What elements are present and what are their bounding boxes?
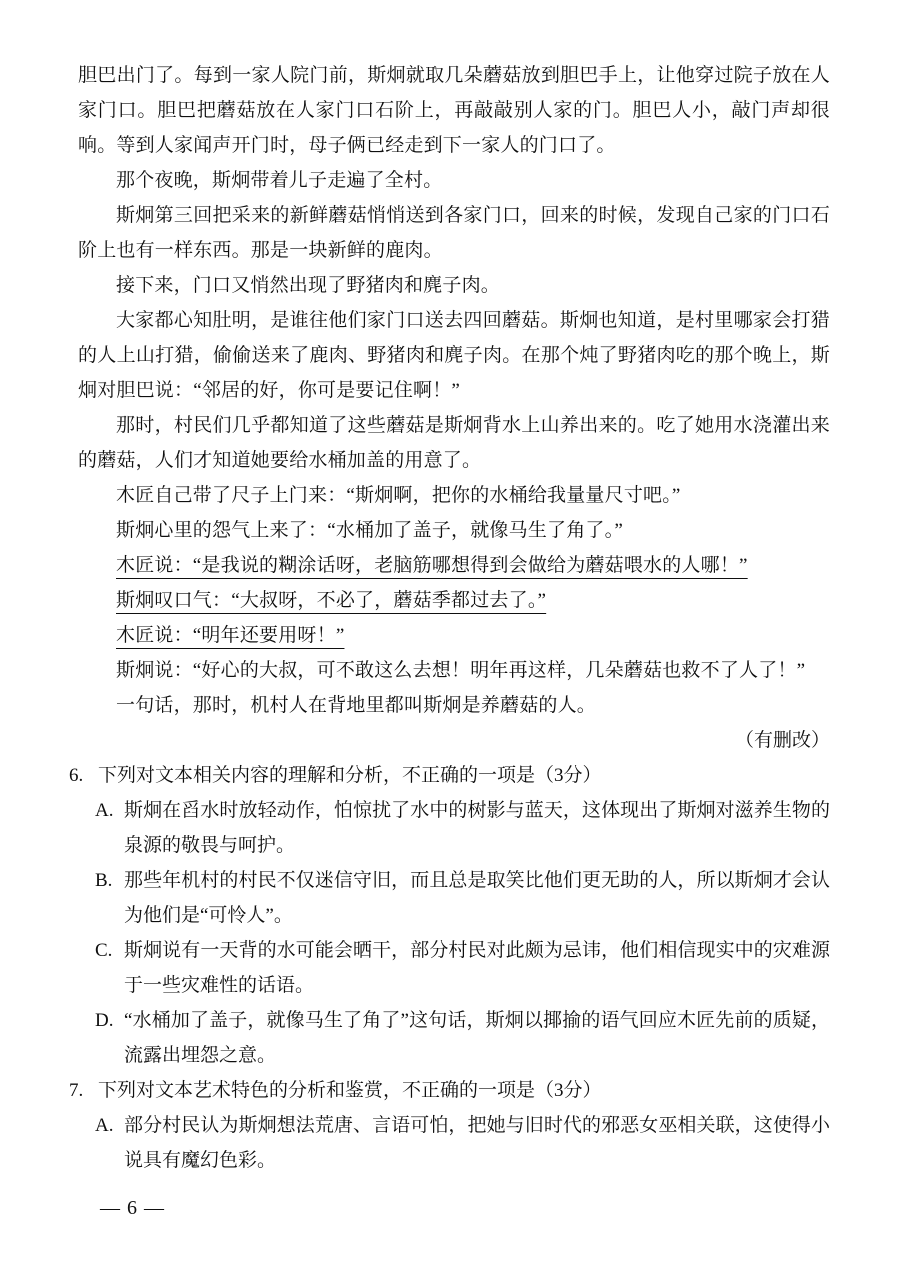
- answer-option: B. 那些年机村的村民不仅迷信守旧，而且总是取笑比他们更无助的人，所以斯炯才会认…: [95, 863, 830, 933]
- exam-page: 胆巴出门了。每到一家人院门前，斯炯就取几朵蘑菇放到胆巴手上，让他穿过院子放在人家…: [0, 0, 900, 1272]
- question-number: 7.: [69, 1073, 98, 1108]
- passage-paragraph: 斯炯第三回把采来的新鲜蘑菇悄悄送到各家门口，回来的时候，发现自己家的门口石阶上也…: [78, 198, 830, 268]
- option-text: 斯炯在舀水时放轻动作，怕惊扰了水中的树影与蓝天，这体现出了斯炯对滋养生物的泉源的…: [124, 793, 830, 863]
- option-label: D.: [95, 1003, 124, 1073]
- question-stem: 下列对文本相关内容的理解和分析，不正确的一项是（3分）: [98, 758, 830, 793]
- question-number: 6.: [69, 758, 98, 793]
- passage-paragraph: 一句话，那时，机村人在背地里都叫斯炯是养蘑菇的人。: [78, 688, 830, 723]
- paragraph-text: 斯炯第三回把采来的新鲜蘑菇悄悄送到各家门口，回来的时候，发现自己家的门口石阶上也…: [78, 205, 830, 261]
- source-attribution: （有删改）: [78, 723, 830, 758]
- passage-paragraph: 接下来，门口又悄然出现了野猪肉和麂子肉。: [78, 268, 830, 303]
- option-text: 斯炯说有一天背的水可能会晒干，部分村民对此颇为忌讳，他们相信现实中的灾难源于一些…: [124, 933, 830, 1003]
- paragraph-text: 胆巴出门了。每到一家人院门前，斯炯就取几朵蘑菇放到胆巴手上，让他穿过院子放在人家…: [78, 65, 830, 156]
- answer-option: A. 部分村民认为斯炯想法荒唐、言语可怕，把她与旧时代的邪恶女巫相关联，这使得小…: [95, 1108, 830, 1178]
- paragraph-text: 大家都心知肚明，是谁往他们家门口送去四回蘑菇。斯炯也知道，是村里哪家会打猎的人上…: [78, 310, 830, 401]
- paragraph-text: 木匠说：“明年还要用呀！”: [116, 625, 344, 646]
- option-text: 那些年机村的村民不仅迷信守旧，而且总是取笑比他们更无助的人，所以斯炯才会认为他们…: [124, 863, 830, 933]
- passage-paragraph: 斯炯叹口气：“大叔呀，不必了，蘑菇季都过去了。”: [78, 583, 830, 618]
- passage-paragraph: 斯炯说：“好心的大叔，可不敢这么去想！明年再这样，几朵蘑菇也救不了人了！”: [78, 653, 830, 688]
- paragraph-text: 斯炯心里的怨气上来了：“水桶加了盖子，就像马生了角了。”: [116, 520, 623, 541]
- option-label: A.: [95, 1108, 124, 1178]
- questions-section: 6. 下列对文本相关内容的理解和分析，不正确的一项是（3分） A. 斯炯在舀水时…: [78, 758, 830, 1178]
- passage-paragraph: 斯炯心里的怨气上来了：“水桶加了盖子，就像马生了角了。”: [78, 513, 830, 548]
- option-label: A.: [95, 793, 124, 863]
- question-stem-row: 6. 下列对文本相关内容的理解和分析，不正确的一项是（3分）: [78, 758, 830, 793]
- options-list: A. 部分村民认为斯炯想法荒唐、言语可怕，把她与旧时代的邪恶女巫相关联，这使得小…: [78, 1108, 830, 1178]
- answer-option: A. 斯炯在舀水时放轻动作，怕惊扰了水中的树影与蓝天，这体现出了斯炯对滋养生物的…: [95, 793, 830, 863]
- option-text: “水桶加了盖子，就像马生了角了”这句话，斯炯以揶揄的语气回应木匠先前的质疑，流露…: [124, 1003, 830, 1073]
- paragraph-text: 斯炯说：“好心的大叔，可不敢这么去想！明年再这样，几朵蘑菇也救不了人了！”: [116, 660, 805, 681]
- question: 7. 下列对文本艺术特色的分析和鉴赏，不正确的一项是（3分） A. 部分村民认为…: [78, 1073, 830, 1178]
- passage-paragraph: 木匠说：“是我说的糊涂话呀，老脑筋哪想得到会做给为蘑菇喂水的人哪！”: [78, 548, 830, 583]
- option-label: C.: [95, 933, 124, 1003]
- answer-option: D. “水桶加了盖子，就像马生了角了”这句话，斯炯以揶揄的语气回应木匠先前的质疑…: [95, 1003, 830, 1073]
- passage-paragraph: 那时，村民们几乎都知道了这些蘑菇是斯炯背水上山养出来的。吃了她用水浇灌出来的蘑菇…: [78, 408, 830, 478]
- paragraph-text: 木匠自己带了尺子上门来：“斯炯啊，把你的水桶给我量量尺寸吧。”: [116, 485, 681, 506]
- reading-passage: 胆巴出门了。每到一家人院门前，斯炯就取几朵蘑菇放到胆巴手上，让他穿过院子放在人家…: [78, 58, 830, 723]
- question: 6. 下列对文本相关内容的理解和分析，不正确的一项是（3分） A. 斯炯在舀水时…: [78, 758, 830, 1073]
- option-text: 部分村民认为斯炯想法荒唐、言语可怕，把她与旧时代的邪恶女巫相关联，这使得小说具有…: [124, 1108, 830, 1178]
- options-list: A. 斯炯在舀水时放轻动作，怕惊扰了水中的树影与蓝天，这体现出了斯炯对滋养生物的…: [78, 793, 830, 1073]
- answer-option: C. 斯炯说有一天背的水可能会晒干，部分村民对此颇为忌讳，他们相信现实中的灾难源…: [95, 933, 830, 1003]
- page-footer: — 6 —: [100, 1197, 165, 1220]
- paragraph-text: 木匠说：“是我说的糊涂话呀，老脑筋哪想得到会做给为蘑菇喂水的人哪！”: [116, 555, 748, 576]
- paragraph-text: 斯炯叹口气：“大叔呀，不必了，蘑菇季都过去了。”: [116, 590, 546, 611]
- passage-paragraph: 那个夜晚，斯炯带着儿子走遍了全村。: [78, 163, 830, 198]
- passage-paragraph: 大家都心知肚明，是谁往他们家门口送去四回蘑菇。斯炯也知道，是村里哪家会打猎的人上…: [78, 303, 830, 408]
- passage-paragraph: 木匠自己带了尺子上门来：“斯炯啊，把你的水桶给我量量尺寸吧。”: [78, 478, 830, 513]
- paragraph-text: 那个夜晚，斯炯带着儿子走遍了全村。: [116, 170, 442, 191]
- paragraph-text: 一句话，那时，机村人在背地里都叫斯炯是养蘑菇的人。: [116, 695, 596, 716]
- paragraph-text: 那时，村民们几乎都知道了这些蘑菇是斯炯背水上山养出来的。吃了她用水浇灌出来的蘑菇…: [78, 415, 830, 471]
- paragraph-text: 接下来，门口又悄然出现了野猪肉和麂子肉。: [116, 275, 500, 296]
- option-label: B.: [95, 863, 124, 933]
- passage-paragraph: 胆巴出门了。每到一家人院门前，斯炯就取几朵蘑菇放到胆巴手上，让他穿过院子放在人家…: [78, 58, 830, 163]
- passage-paragraph: 木匠说：“明年还要用呀！”: [78, 618, 830, 653]
- question-stem: 下列对文本艺术特色的分析和鉴赏，不正确的一项是（3分）: [98, 1073, 830, 1108]
- question-stem-row: 7. 下列对文本艺术特色的分析和鉴赏，不正确的一项是（3分）: [78, 1073, 830, 1108]
- page-number: — 6 —: [100, 1197, 165, 1219]
